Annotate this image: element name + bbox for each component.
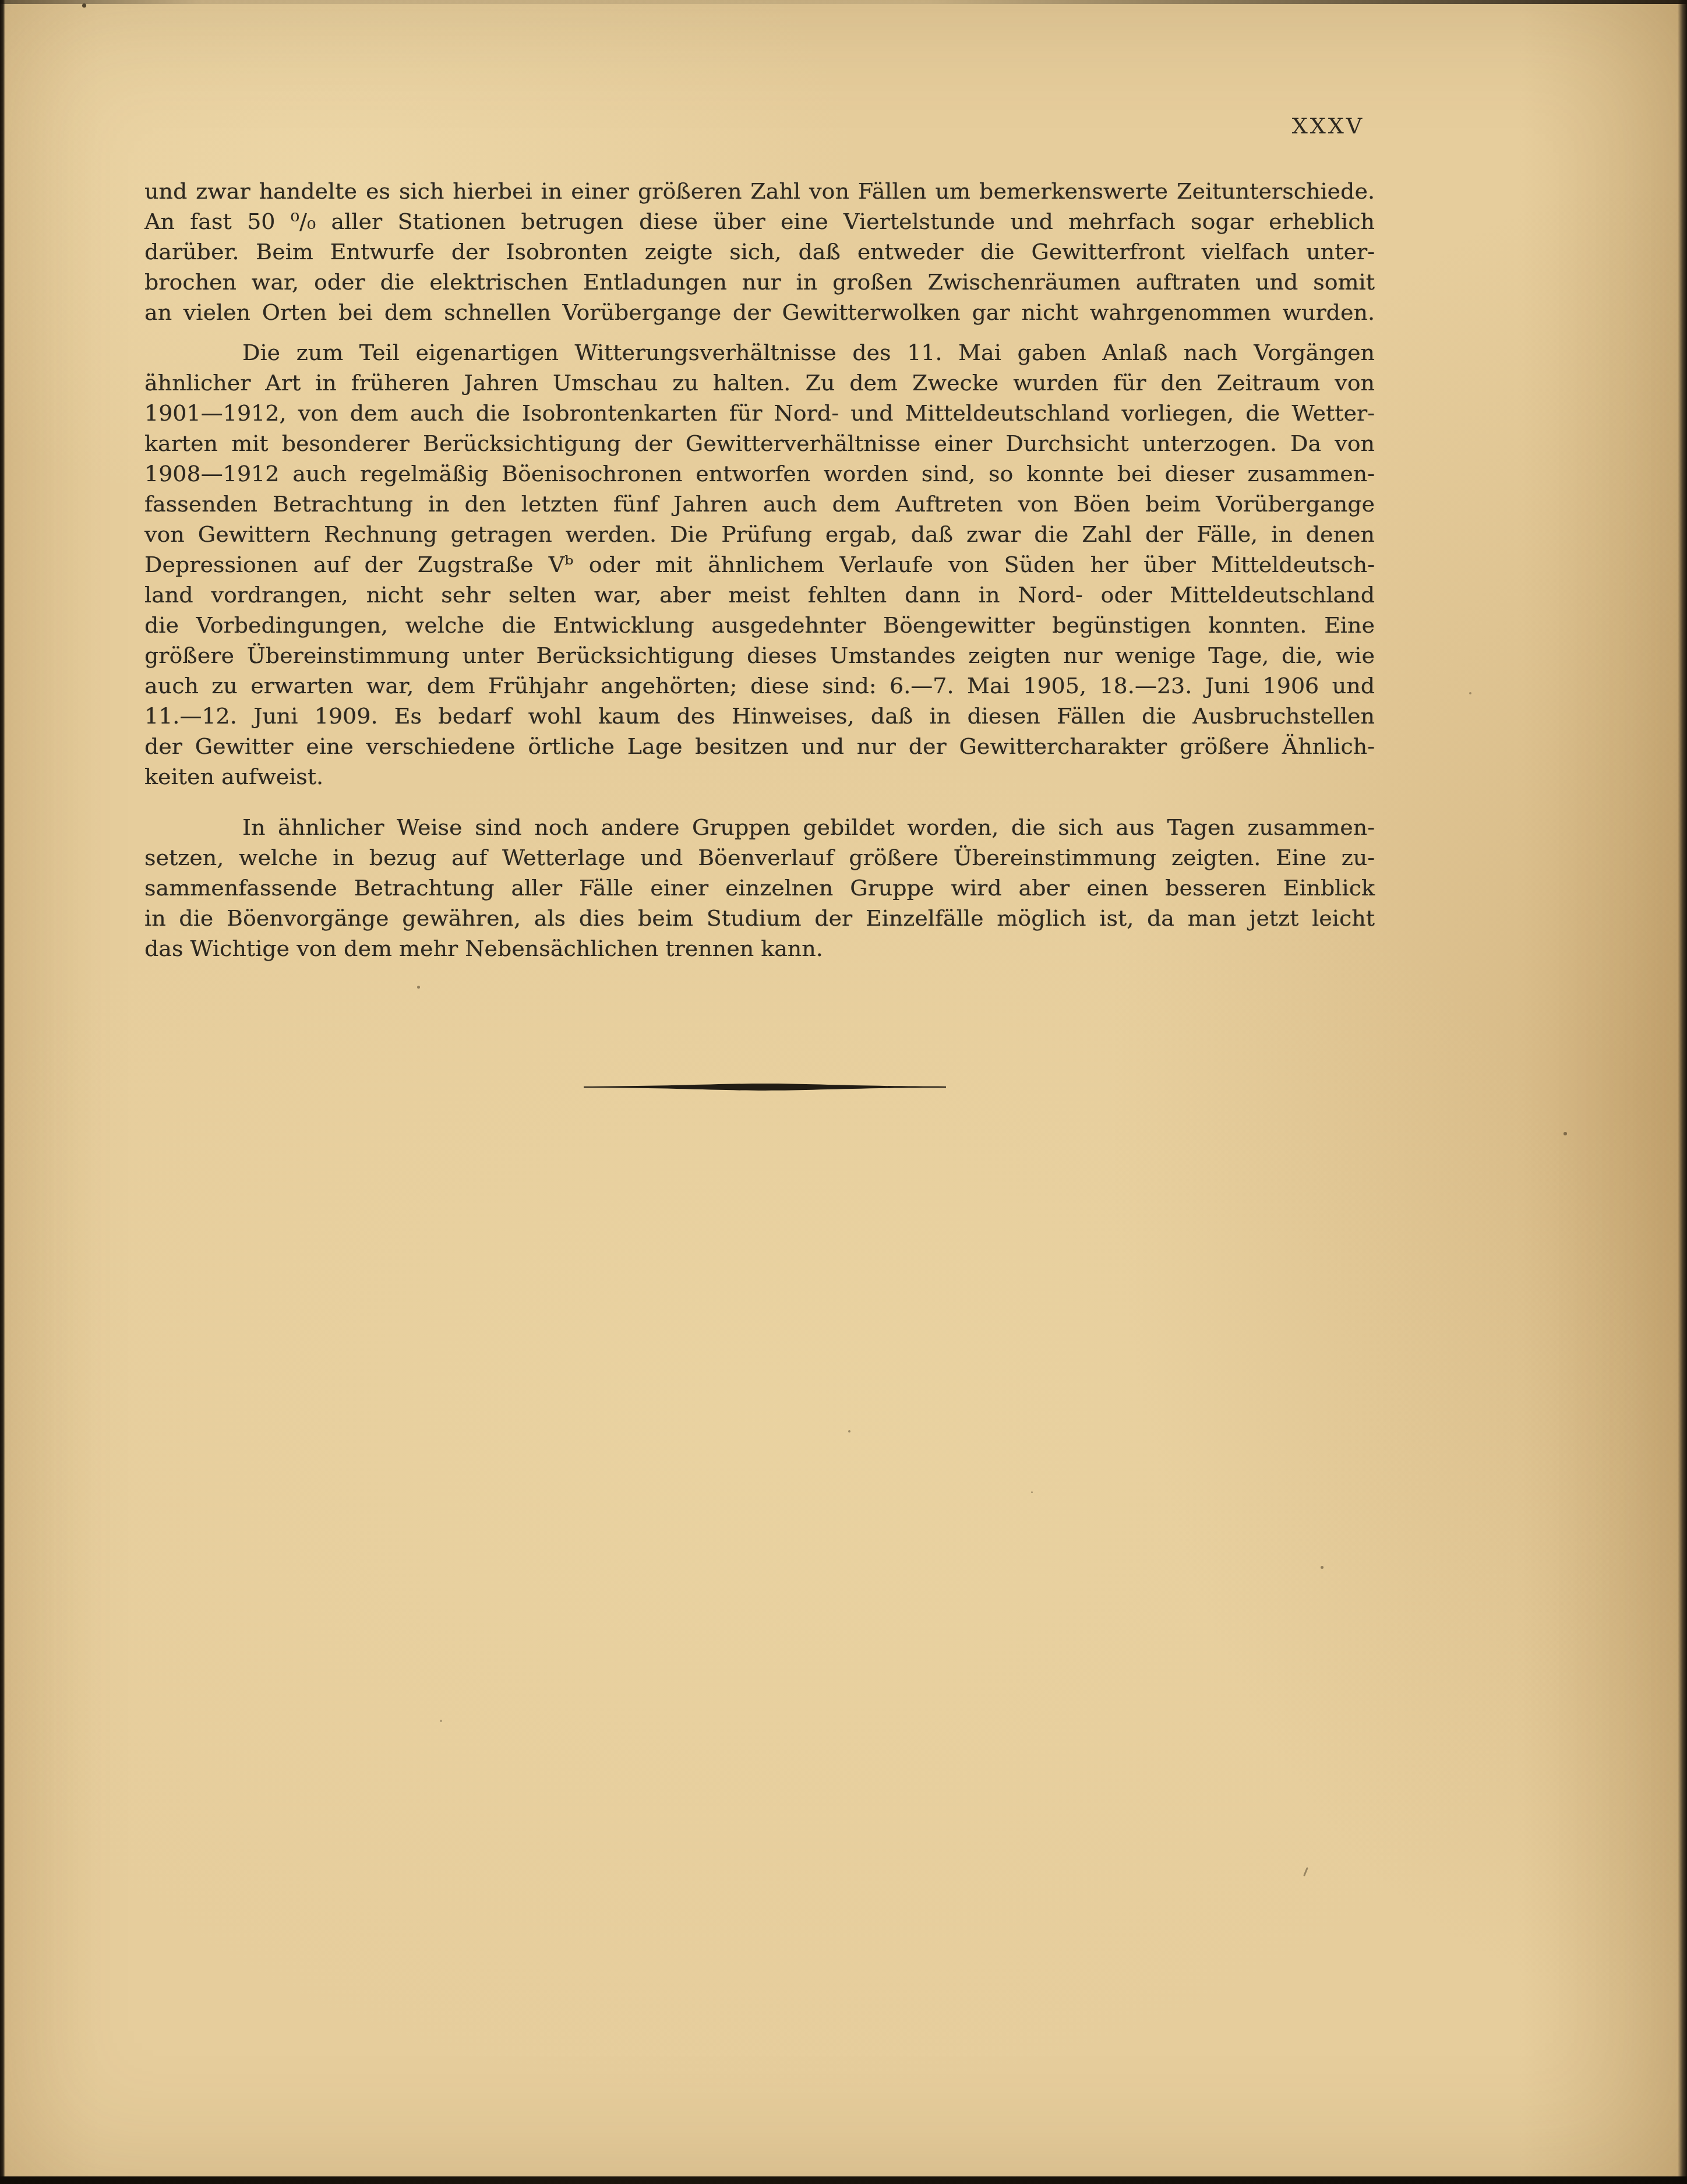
paragraph: und zwar handelte es sich hierbei in ein… (144, 176, 1375, 327)
text-line: ähnlicher Art in früheren Jahren Umschau… (144, 368, 1375, 398)
paper-speck (1031, 1491, 1033, 1493)
text-line: Die zum Teil eigenartigen Witterungsverh… (144, 337, 1375, 368)
text-line: Depressionen auf der Zugstraße Vᵇ oder m… (144, 549, 1375, 580)
text-line: das Wichtige von dem mehr Nebensächliche… (144, 933, 1375, 964)
paragraph: In ähnlicher Weise sind noch andere Grup… (144, 812, 1375, 964)
scan-edge-left (0, 0, 5, 2184)
text-line: und zwar handelte es sich hierbei in ein… (144, 176, 1375, 206)
paper-speck (1321, 1566, 1324, 1569)
paper-speck (1303, 1867, 1308, 1876)
text-line: brochen war, oder die elektrischen Entla… (144, 267, 1375, 297)
text-line: sammenfassende Betrachtung aller Fälle e… (144, 873, 1375, 903)
text-line: die Vorbedingungen, welche die Entwicklu… (144, 610, 1375, 640)
paper-speck (417, 986, 420, 989)
text-line: auch zu erwarten war, dem Frühjahr angeh… (144, 671, 1375, 701)
scanned-page: XXXV und zwar handelte es sich hierbei i… (0, 0, 1687, 2184)
scan-edge-bottom (0, 2176, 1687, 2184)
page-number: XXXV (1258, 113, 1398, 139)
text-line: karten mit besonderer Berücksichtigung d… (144, 428, 1375, 458)
text-line: 1901—1912, von dem auch die Isobrontenka… (144, 398, 1375, 428)
section-divider-rule (584, 1081, 946, 1093)
text-line: in die Böenvorgänge gewähren, als dies b… (144, 903, 1375, 933)
text-line: An fast 50 ⁰/₀ aller Stationen betrugen … (144, 206, 1375, 237)
text-line: keiten aufweist. (144, 761, 1375, 792)
text-line: 11.—12. Juni 1909. Es bedarf wohl kaum d… (144, 701, 1375, 731)
scan-edge-right (1678, 0, 1687, 2184)
paper-speck (848, 1430, 850, 1433)
paragraph: Die zum Teil eigenartigen Witterungsverh… (144, 337, 1375, 792)
text-line: von Gewittern Rechnung getragen werden. … (144, 519, 1375, 549)
paper-speck (82, 3, 86, 8)
text-line: größere Übereinstimmung unter Berücksich… (144, 640, 1375, 671)
text-line: land vordrangen, nicht sehr selten war, … (144, 580, 1375, 610)
text-line: 1908—1912 auch regelmäßig Böenisochronen… (144, 458, 1375, 489)
text-block: und zwar handelte es sich hierbei in ein… (144, 176, 1375, 964)
text-line: setzen, welche in bezug auf Wetterlage u… (144, 842, 1375, 873)
text-line: an vielen Orten bei dem schnellen Vorübe… (144, 297, 1375, 327)
text-line: der Gewitter eine verschiedene örtliche … (144, 731, 1375, 761)
text-line: In ähnlicher Weise sind noch andere Grup… (144, 812, 1375, 842)
text-line: darüber. Beim Entwurfe der Isobronten ze… (144, 237, 1375, 267)
paper-speck (440, 1720, 442, 1722)
paper-speck (1564, 1132, 1567, 1135)
text-line: fassenden Betrachtung in den letzten fün… (144, 489, 1375, 519)
paper-speck (1469, 692, 1471, 694)
scan-edge-top (0, 0, 1687, 4)
